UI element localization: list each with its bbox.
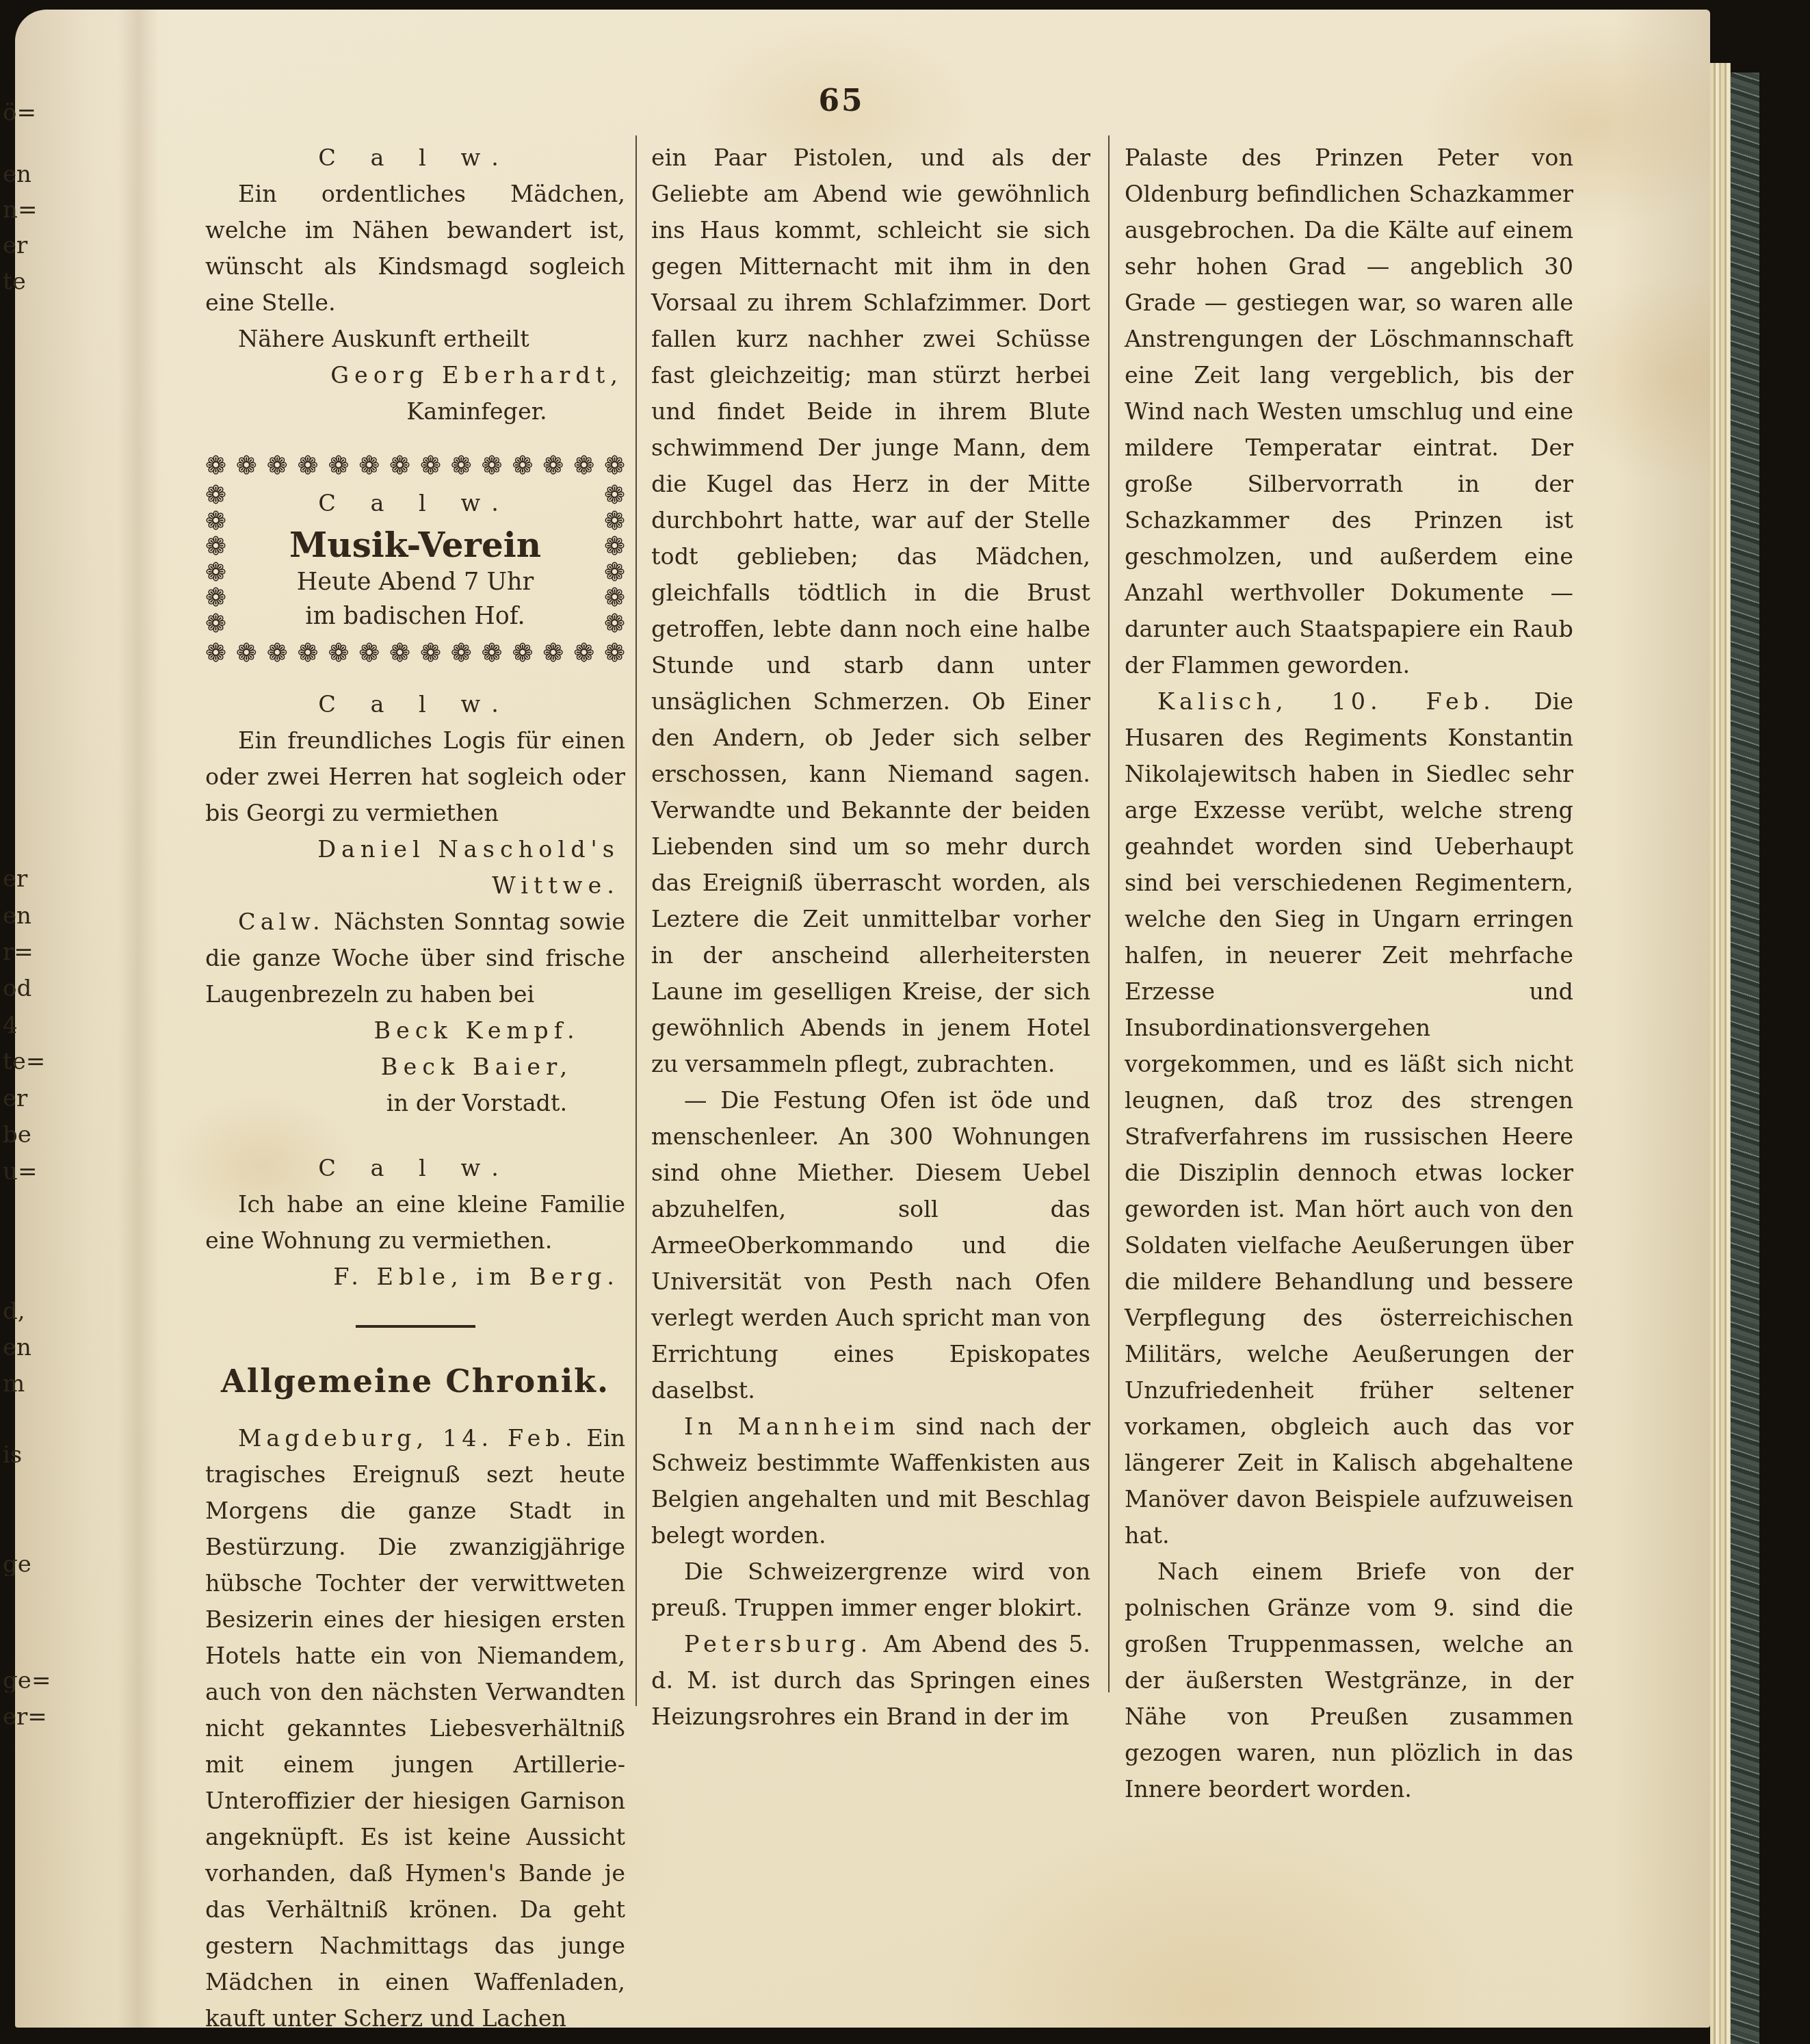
margin-fragment: d, <box>3 1300 51 1323</box>
rosette-icon: ❁ <box>236 640 257 666</box>
signature-line: in der Vorstadt. <box>205 1085 625 1121</box>
rosette-icon: ❁ <box>451 453 472 478</box>
rosette-icon: ❁ <box>604 585 625 610</box>
margin-fragment: be <box>3 1123 51 1147</box>
column-2: ein Paar Pistolen, und als der Geliebte … <box>651 140 1090 1735</box>
rosette-icon: ❁ <box>358 640 380 666</box>
margin-fragment: er <box>3 1087 51 1110</box>
article-paragraph: Ein ordentliches Mädchen, welche im Nähe… <box>205 176 625 321</box>
rosette-icon: ❁ <box>604 611 625 636</box>
rosette-icon: ❁ <box>205 585 226 610</box>
rosette-icon: ❁ <box>573 640 594 666</box>
article-paragraph: Calw. Nächsten Sonntag sowie die ganze W… <box>205 904 625 1012</box>
ad-title: Musik-Verein <box>226 525 604 565</box>
rosette-icon: ❁ <box>389 453 410 478</box>
ornament-border-right: ❁❁❁❁❁❁ <box>604 482 625 636</box>
rosette-icon: ❁ <box>604 560 625 585</box>
rosette-icon: ❁ <box>205 611 226 636</box>
rosette-icon: ❁ <box>482 640 503 666</box>
margin-fragment: er <box>3 234 51 257</box>
rosette-icon: ❁ <box>420 453 441 478</box>
rosette-icon: ❁ <box>389 640 410 666</box>
rosette-icon: ❁ <box>267 640 288 666</box>
column-rule-2 <box>1108 135 1110 1692</box>
signature-line: Kaminfeger. <box>205 393 625 430</box>
section-heading: Allgemeine Chronik. <box>205 1363 625 1400</box>
signature-line: Nähere Auskunft ertheilt <box>205 321 625 357</box>
margin-fragment: te= <box>3 1050 51 1073</box>
rosette-icon: ❁ <box>205 640 226 666</box>
ornament-border-top: ❁❁❁❁❁❁❁❁❁❁❁❁❁❁ <box>205 453 625 478</box>
signature-line: F. Eble, im Berg. <box>205 1259 625 1295</box>
page-number: 65 <box>787 83 896 118</box>
rosette-icon: ❁ <box>604 482 625 508</box>
rosette-icon: ❁ <box>298 640 319 666</box>
rosette-icon: ❁ <box>542 453 564 478</box>
rosette-icon: ❁ <box>205 453 226 478</box>
margin-fragment: te <box>3 270 51 293</box>
book-page-edges <box>1710 63 1731 2044</box>
margin-fragment: ö= <box>3 101 51 125</box>
signature-line: Georg Eberhardt, <box>205 357 625 393</box>
column-3: Palaste des Prinzen Peter von Oldenburg … <box>1125 140 1573 1807</box>
article-paragraph: Nach einem Briefe von der polnischen Grä… <box>1125 1554 1573 1807</box>
ad-line: im badischen Hof. <box>226 599 604 633</box>
article-paragraph: Die Schweizergrenze wird von preuß. Trup… <box>651 1554 1090 1626</box>
article-paragraph: Ich habe an eine kleine Familie eine Woh… <box>205 1186 625 1259</box>
signature-line: Beck Baier, <box>205 1049 625 1085</box>
book-cover-marbled-edge <box>1731 73 1759 2044</box>
margin-fragment: ge <box>3 1553 51 1576</box>
margin-fragment: r= <box>3 941 51 964</box>
column-1: C a l w.Ein ordentliches Mädchen, welche… <box>205 140 625 2036</box>
rosette-icon: ❁ <box>328 453 349 478</box>
ornament-box-middle: ❁❁❁❁❁❁C a l w.Musik-VereinHeute Abend 7 … <box>205 482 625 636</box>
paragraph-lead: Petersburg. <box>684 1631 872 1658</box>
rosette-icon: ❁ <box>604 534 625 559</box>
ad-place-heading: C a l w. <box>226 485 604 521</box>
ad-place-heading: C a l w. <box>205 140 625 176</box>
article-paragraph: Kalisch, 10. Feb. Die Husaren des Regime… <box>1125 683 1573 1554</box>
signature-line: Daniel Naschold's Wittwe. <box>205 831 625 904</box>
margin-fragment: er= <box>3 1705 51 1729</box>
rosette-icon: ❁ <box>205 560 226 585</box>
margin-fragment: u= <box>3 1160 51 1183</box>
rosette-icon: ❁ <box>542 640 564 666</box>
rosette-icon: ❁ <box>420 640 441 666</box>
rosette-icon: ❁ <box>512 453 533 478</box>
article-paragraph: Ein freundliches Logis für einen oder zw… <box>205 722 625 831</box>
book-scan-scene: 65 ö=enn=erteerenr=od4te=erbeu=d,enmisge… <box>0 0 1810 2044</box>
article-paragraph: Petersburg. Am Abend des 5. d. M. ist du… <box>651 1626 1090 1735</box>
rosette-icon: ❁ <box>205 482 226 508</box>
margin-fragment: er <box>3 867 51 891</box>
ornament-bordered-ad: ❁❁❁❁❁❁❁❁❁❁❁❁❁❁❁❁❁❁❁❁C a l w.Musik-Verein… <box>205 453 625 666</box>
rosette-icon: ❁ <box>328 640 349 666</box>
rosette-icon: ❁ <box>205 534 226 559</box>
article-paragraph: ein Paar Pistolen, und als der Geliebte … <box>651 140 1090 1082</box>
rosette-icon: ❁ <box>512 640 533 666</box>
ad-place-heading: C a l w. <box>205 1150 625 1186</box>
ad-line: Heute Abend 7 Uhr <box>226 565 604 599</box>
article-paragraph: Palaste des Prinzen Peter von Oldenburg … <box>1125 140 1573 683</box>
rosette-icon: ❁ <box>604 640 625 666</box>
rosette-icon: ❁ <box>482 453 503 478</box>
rosette-icon: ❁ <box>604 508 625 534</box>
margin-fragment: m <box>3 1372 51 1396</box>
column-rule-1 <box>635 135 637 1706</box>
ornament-box-content: C a l w.Musik-VereinHeute Abend 7 Uhrim … <box>226 482 604 636</box>
rosette-icon: ❁ <box>573 453 594 478</box>
paragraph-lead: — <box>684 1087 707 1114</box>
signature-line: Beck Kempf. <box>205 1012 625 1049</box>
margin-fragment: en <box>3 163 51 186</box>
article-paragraph: In Mannheim sind nach der Schweiz bestim… <box>651 1408 1090 1554</box>
article-paragraph: Magdeburg, 14. Feb. Ein tragisches Ereig… <box>205 1420 625 2036</box>
paragraph-lead: Calw. <box>238 908 325 935</box>
margin-fragment: n= <box>3 198 51 222</box>
paragraph-lead: Magdeburg, 14. Feb. <box>238 1425 577 1452</box>
rosette-icon: ❁ <box>205 508 226 534</box>
rosette-icon: ❁ <box>604 453 625 478</box>
margin-fragment: en <box>3 1336 51 1359</box>
paragraph-lead: In Mannheim <box>684 1413 900 1440</box>
margin-fragment: ge= <box>3 1669 51 1692</box>
margin-fragment: en <box>3 904 51 928</box>
article-paragraph: — Die Festung Ofen ist öde und menschenl… <box>651 1082 1090 1408</box>
margin-fragment: 4 <box>3 1014 51 1037</box>
rosette-icon: ❁ <box>236 453 257 478</box>
rosette-icon: ❁ <box>267 453 288 478</box>
rosette-icon: ❁ <box>358 453 380 478</box>
ornament-border-left: ❁❁❁❁❁❁ <box>205 482 226 636</box>
margin-fragment: od <box>3 977 51 1000</box>
ad-place-heading: C a l w. <box>205 686 625 722</box>
margin-fragment: is <box>3 1443 51 1467</box>
section-divider <box>356 1325 475 1328</box>
paragraph-lead: Kalisch, 10. Feb. <box>1157 688 1495 715</box>
rosette-icon: ❁ <box>451 640 472 666</box>
rosette-icon: ❁ <box>298 453 319 478</box>
ornament-border-bottom: ❁❁❁❁❁❁❁❁❁❁❁❁❁❁ <box>205 640 625 666</box>
